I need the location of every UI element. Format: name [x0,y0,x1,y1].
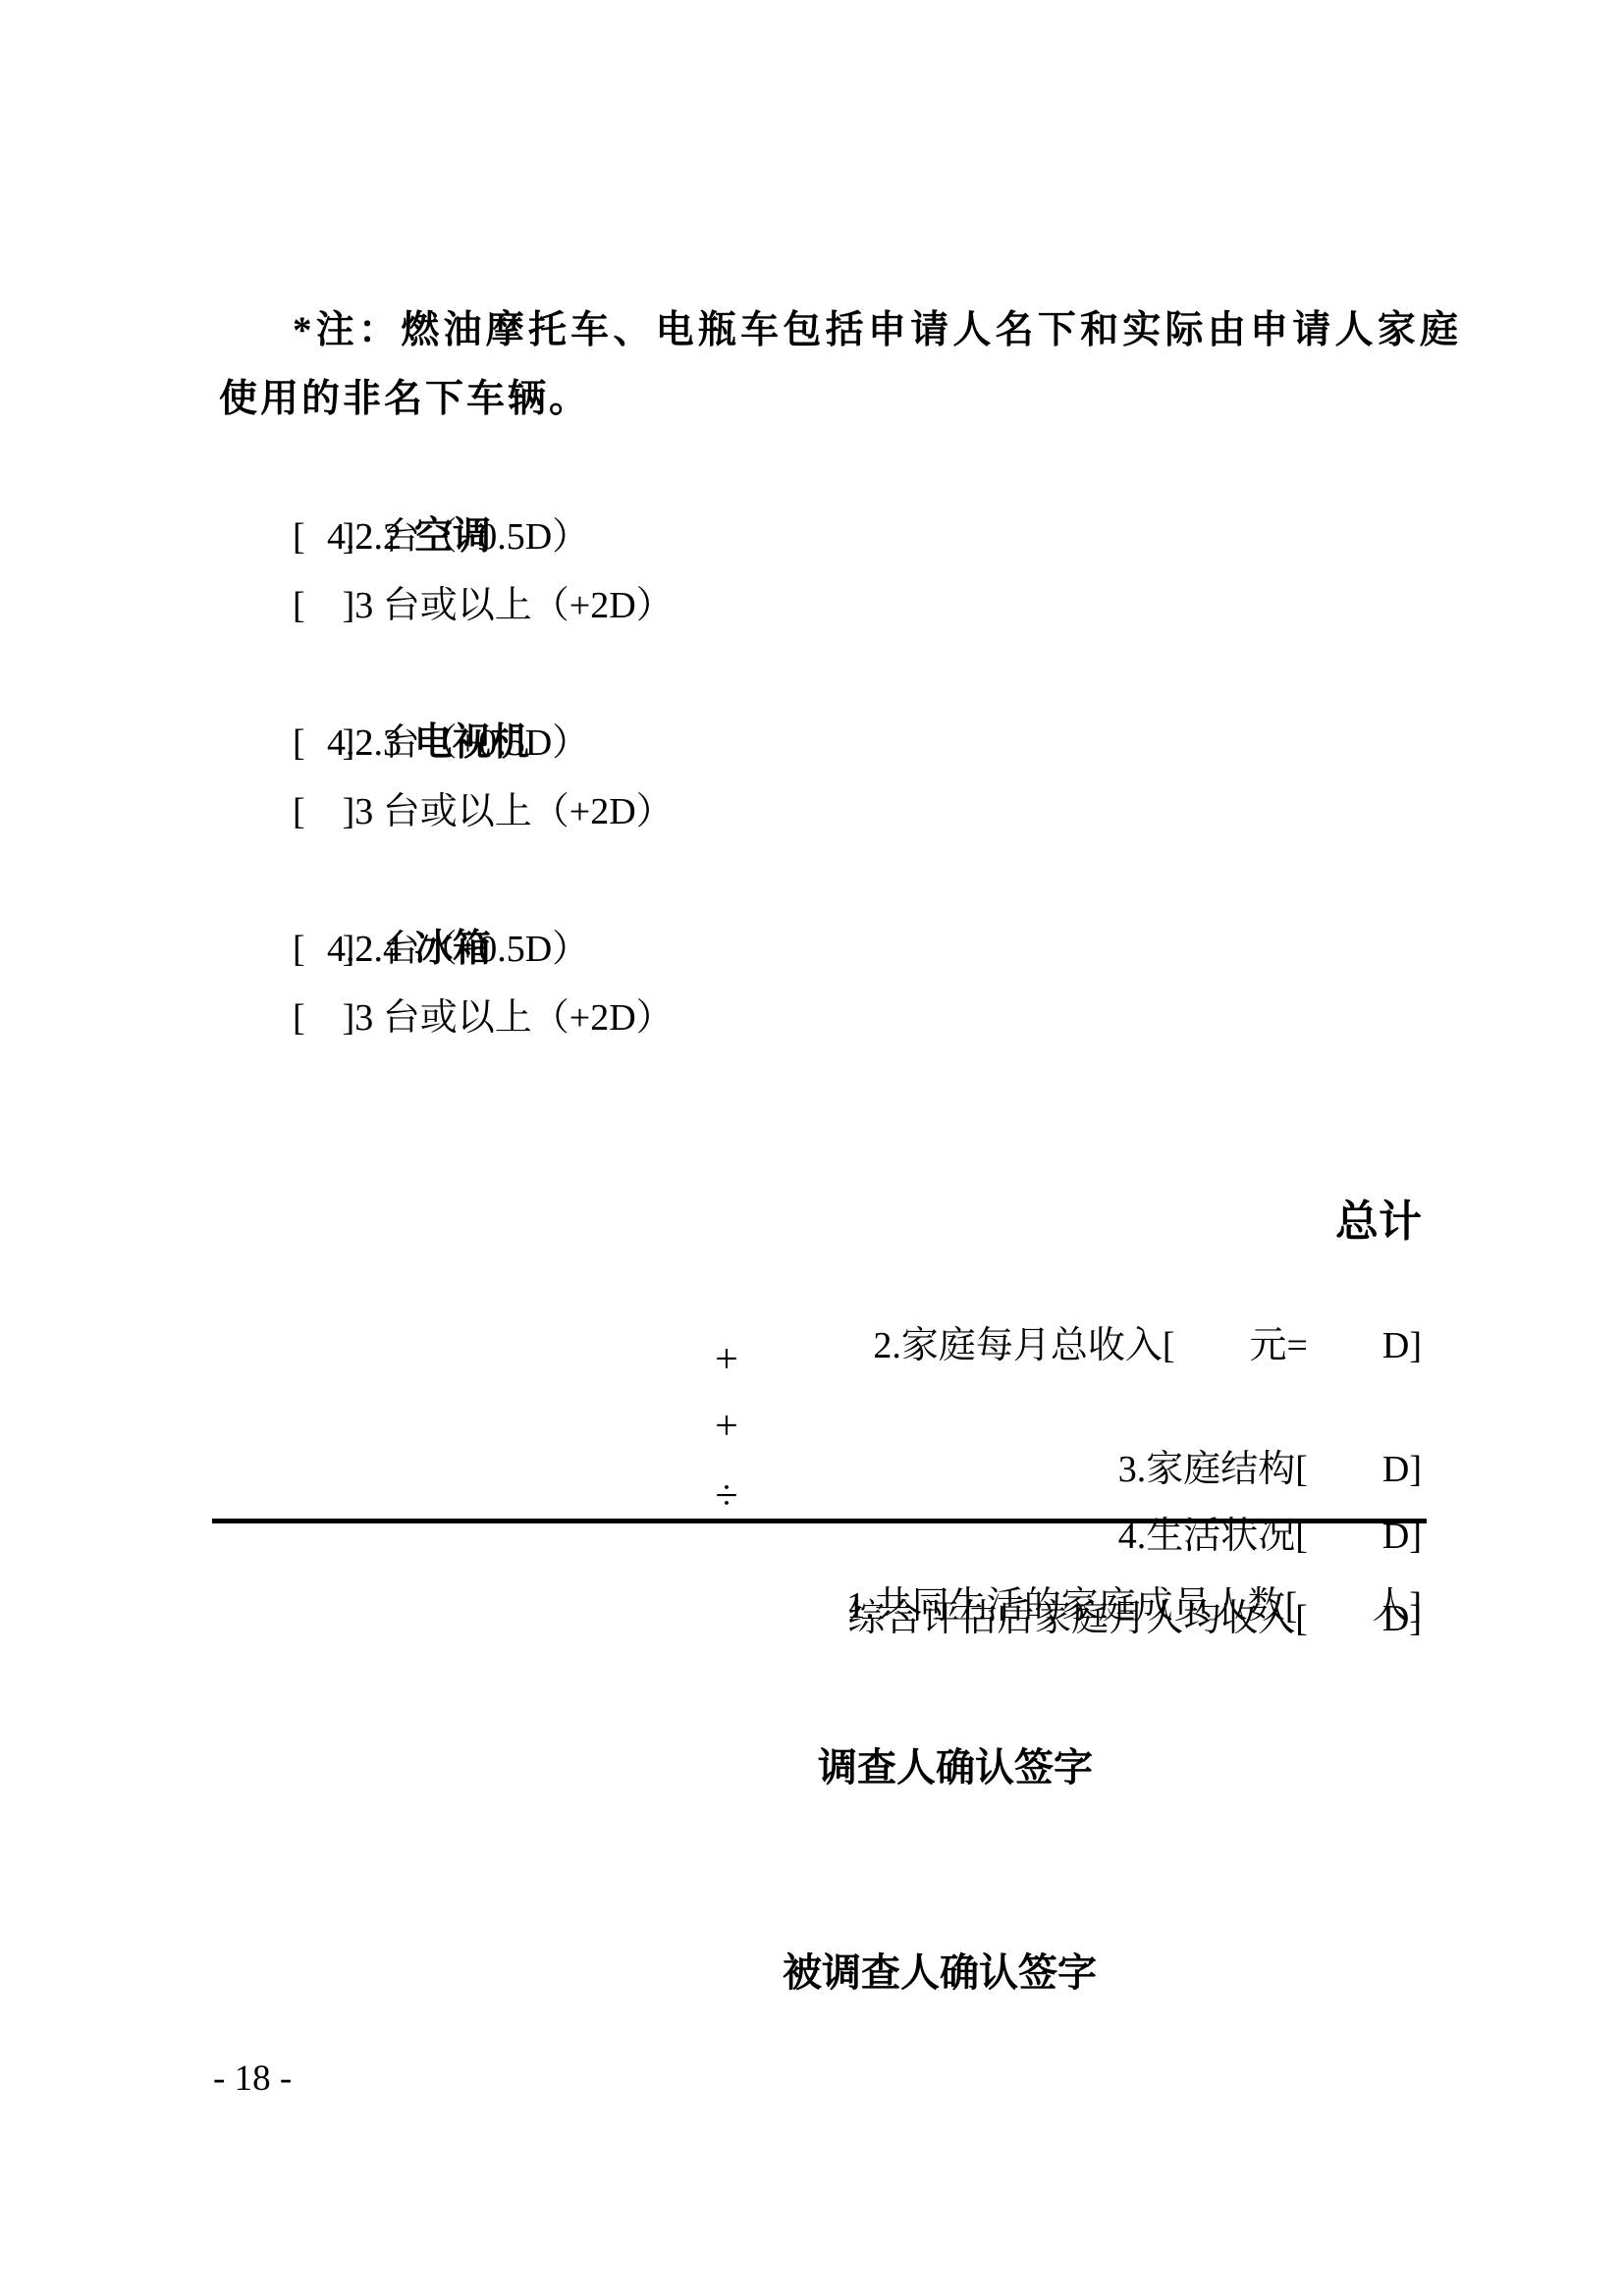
plus-operator: + [702,1332,751,1387]
totals-row-member-count: ÷ 1.共同生活的家庭成员人数[ 人] [212,1468,1427,1523]
sum-divider-line [212,1519,1427,1523]
appliance-sections: 4.2.2空调 [ ]2 台（+0.5D） [ ]3 台或以上（+2D） 4.2… [219,434,1299,1052]
section-heading-fridge: 4.2.4冰箱 [219,846,1299,915]
divide-operator: ÷ [702,1468,751,1523]
plus-operator: + [702,1399,751,1454]
respondent-signature-label: 被调查人确认签字 [783,1946,1097,2001]
checkbox-option: [ ]2 台（+0.5D） [219,503,1299,571]
note-paragraph: *注：燃油摩托车、电瓶车包括申请人名下和实际由申请人家庭使用的非名下车辆。 [219,296,1461,434]
section-heading-tv: 4.2.3电视机 [219,640,1299,709]
checkbox-option: [ ]3 台或以上（+2D） [219,777,1299,846]
checkbox-option: [ ]3 台或以上（+2D） [219,571,1299,640]
page-number: - 18 - [213,2052,292,2107]
totals-row-family-structure: + 3.家庭结构[ D] [212,1332,1427,1387]
checkbox-option: [ ]2 台（+0.5D） [219,709,1299,777]
totals-result-text: 综合评估后家庭月人均收入[ D] [847,1598,1422,1639]
totals-title: 总计 [212,1195,1427,1250]
checkbox-option: [ ]2 台（+0.5D） [219,915,1299,984]
totals-row-income: 2.家庭每月总收入[ 元= D] [212,1263,1427,1318]
document-page: *注：燃油摩托车、电瓶车包括申请人名下和实际由申请人家庭使用的非名下车辆。 4.… [0,0,1624,2296]
section-heading-aircon: 4.2.2空调 [219,434,1299,503]
surveyor-signature-label: 调查人确认签字 [818,1740,1093,1795]
totals-row-living-condition: + 4.生活状况[ D] [212,1399,1427,1454]
checkbox-option: [ ]3 台或以上（+2D） [219,984,1299,1052]
totals-result-row: 综合评估后家庭月人均收入[ D] [212,1536,1427,1591]
